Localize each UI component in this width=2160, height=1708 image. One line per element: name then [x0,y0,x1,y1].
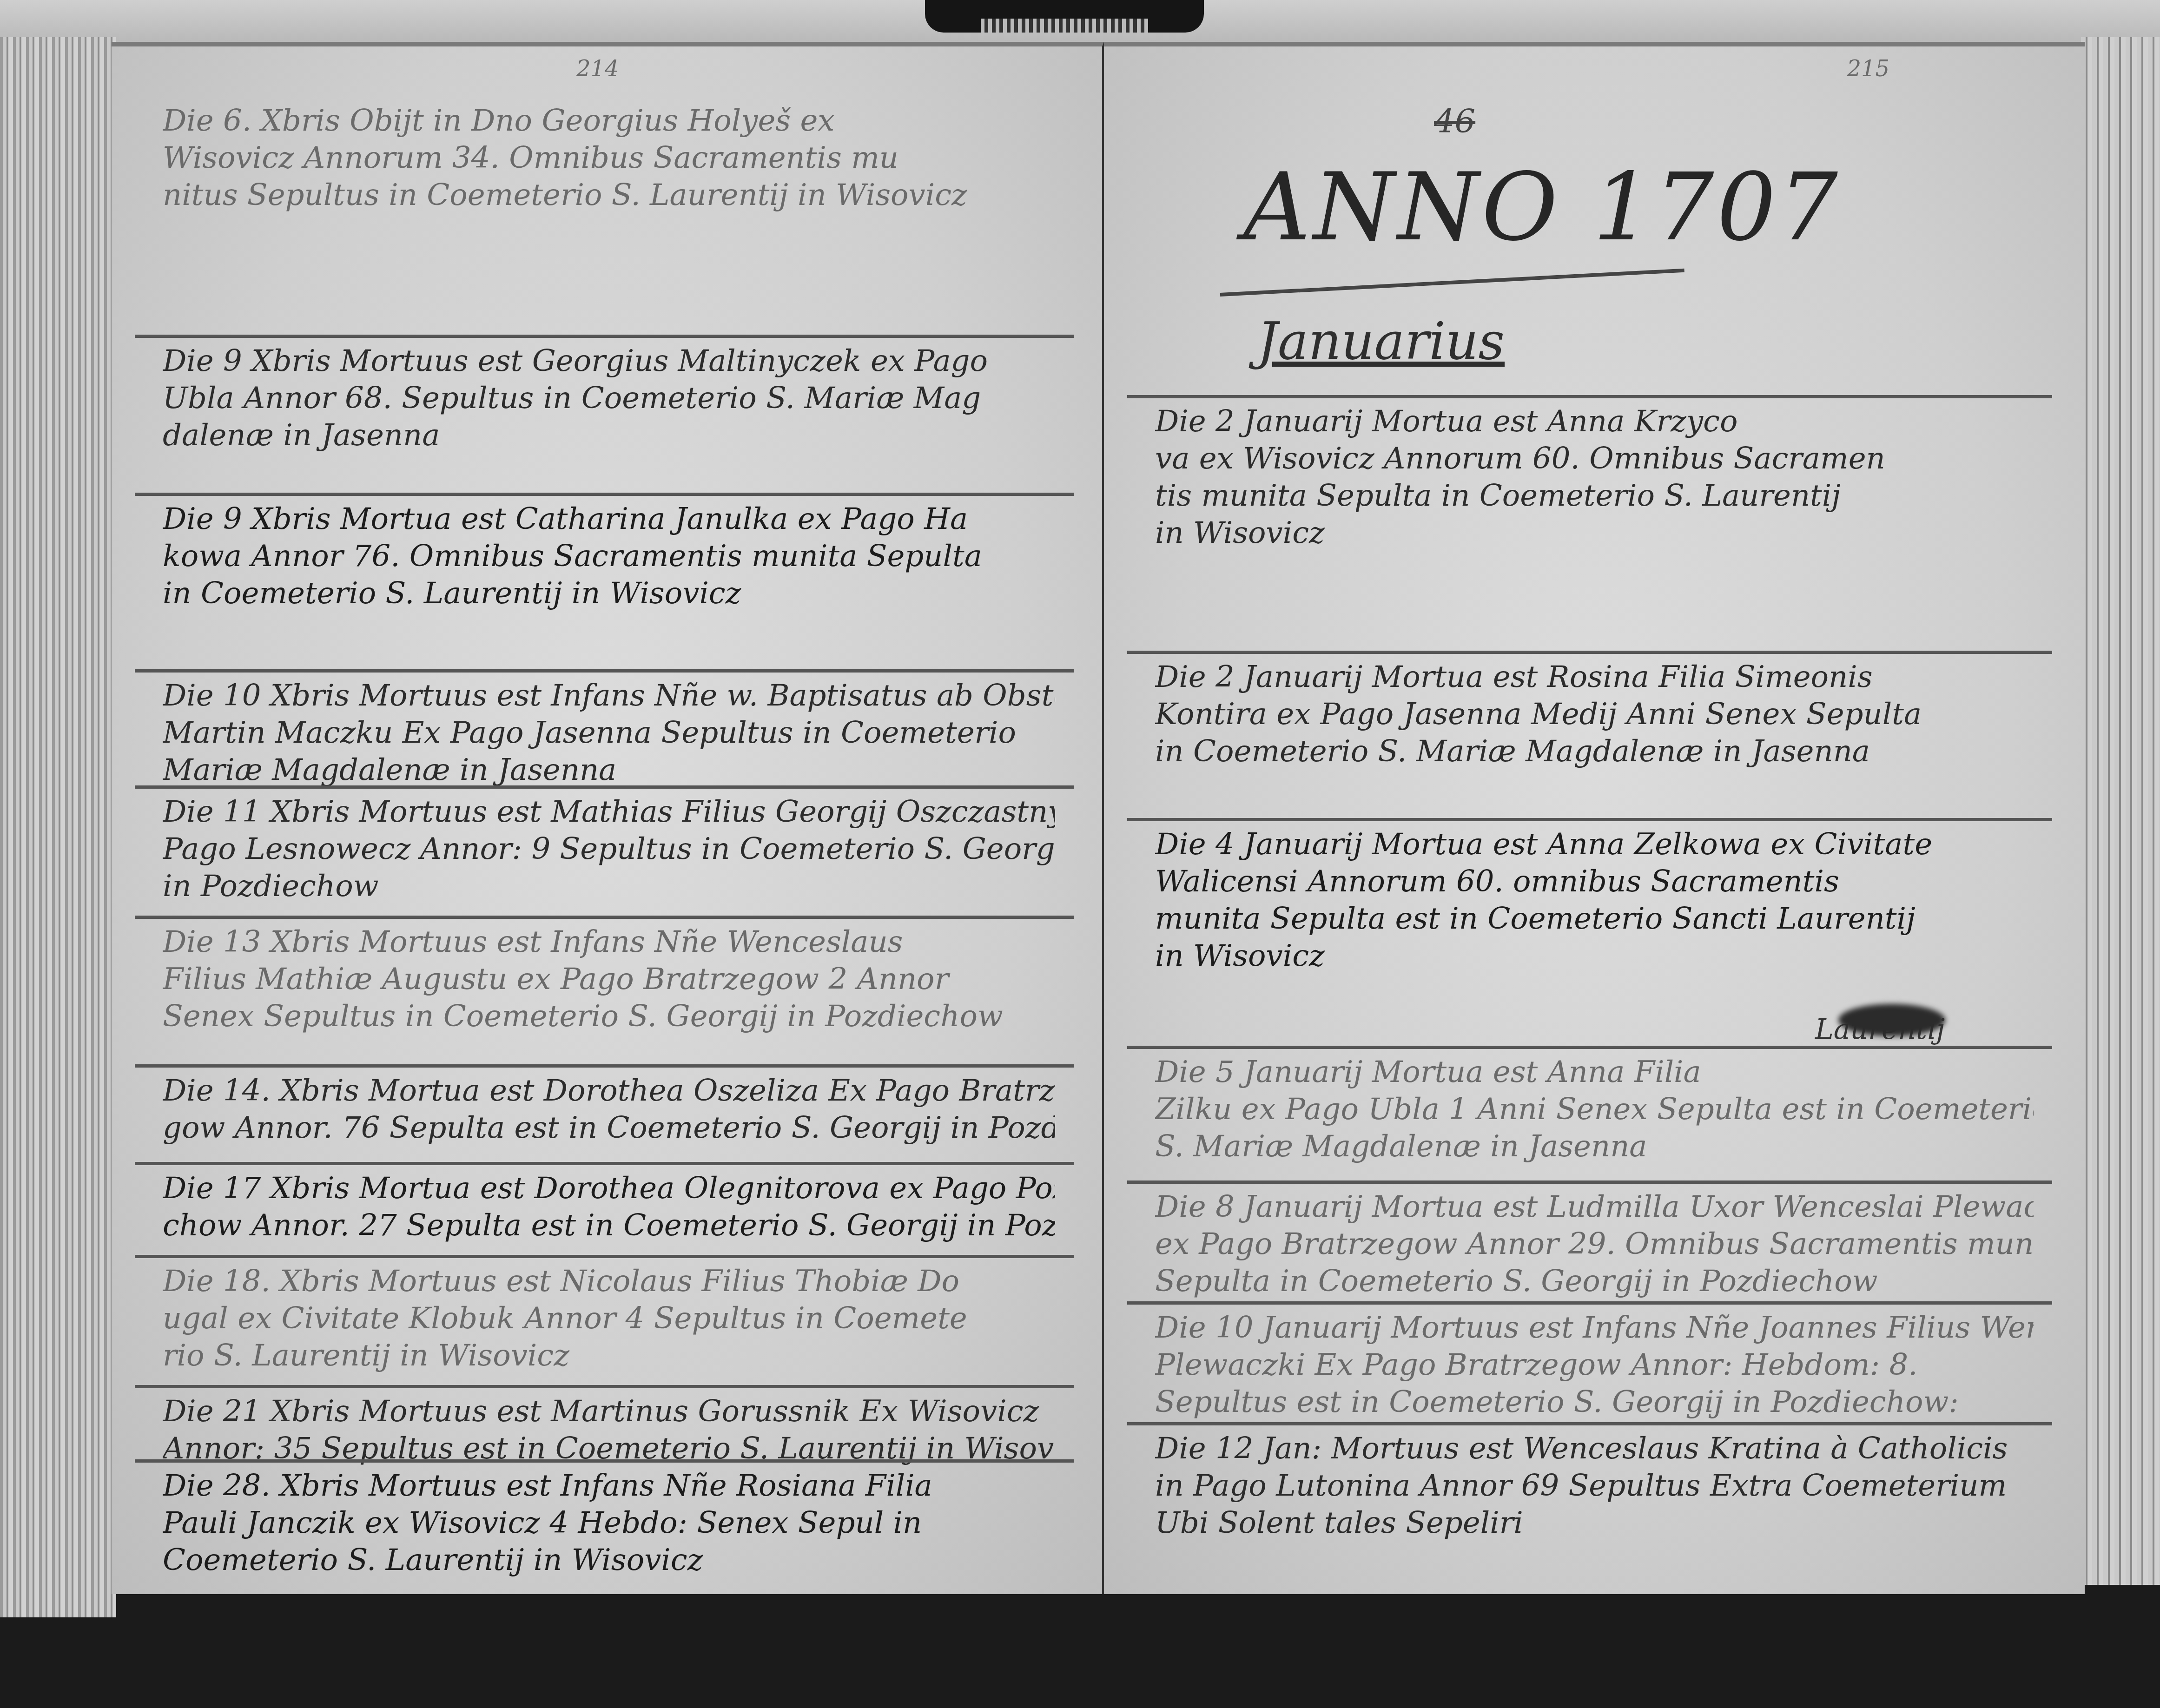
burial-entry: Die 12 Jan: Mortuus est Wenceslaus Krati… [1127,1422,2052,1546]
entry-line: Die 9 Xbris Mortua est Catharina Janulka… [163,501,1055,538]
folio-number: 214 [576,56,619,82]
burial-entry: Die 11 Xbris Mortuus est Mathias Filius … [135,785,1074,910]
entry-line: gow Annor. 76 Sepulta est in Coemeterio … [163,1109,1055,1147]
entry-line: ex Pago Bratrzegow Annor 29. Omnibus Sac… [1155,1226,2034,1263]
entry-line: chow Annor. 27 Sepulta est in Coemeterio… [163,1207,1055,1244]
entry-line: Die 28. Xbris Mortuus est Infans Nñe Ros… [163,1467,1055,1504]
entry-line: Die 8 Januarij Mortua est Ludmilla Uxor … [1155,1188,2034,1226]
burial-entry: Die 4 Januarij Mortua est Anna Zelkowa e… [1127,818,2052,979]
entry-line: ugal ex Civitate Klobuk Annor 4 Sepultus… [163,1300,1055,1337]
entry-line: Plewaczki Ex Pago Bratrzegow Annor: Hebd… [1155,1346,2034,1384]
burial-entry: Die 10 Januarij Mortuus est Infans Nñe J… [1127,1301,2052,1425]
burial-entry: Die 9 Xbris Mortua est Catharina Janulka… [135,493,1074,617]
entry-line: Die 6. Xbris Obijt in Dno Georgius Holye… [163,102,1055,139]
burial-entry: Die 21 Xbris Mortuus est Martinus Goruss… [135,1385,1074,1472]
entry-line: Pago Lesnowecz Annor: 9 Sepultus in Coem… [163,831,1055,868]
entry-line: Die 2 Januarij Mortua est Rosina Filia S… [1155,659,2034,696]
burial-entry: Die 13 Xbris Mortuus est Infans Nñe Wenc… [135,916,1074,1040]
entry-line: Martin Maczku Ex Pago Jasenna Sepultus i… [163,714,1055,752]
burial-entry: Die 17 Xbris Mortua est Dorothea Olegnit… [135,1162,1074,1249]
entry-line: dalenæ in Jasenna [163,417,1055,454]
burial-entry: Die 8 Januarij Mortua est Ludmilla Uxor … [1127,1180,2052,1305]
entry-line: tis munita Sepulta in Coemeterio S. Laur… [1155,477,2034,514]
struck-old-folio: 46 [1434,102,1475,140]
entry-line: Die 12 Jan: Mortuus est Wenceslaus Krati… [1155,1430,2034,1467]
entry-line: Die 10 Xbris Mortuus est Infans Nñe w. B… [163,677,1055,714]
burial-entry: Die 9 Xbris Mortuus est Georgius Maltiny… [135,335,1074,459]
entry-line: Mariæ Magdalenæ in Jasenna [163,752,1055,789]
right-page-stack-edge [2081,37,2160,1585]
folio-number: 215 [1847,56,1889,82]
entry-line: munita Sepulta est in Coemeterio Sancti … [1155,900,2034,937]
heading-underline [1220,269,1684,297]
entry-line: Ubi Solent tales Sepeliri [1155,1504,2034,1542]
entry-line: Sepulta in Coemeterio S. Georgij in Pozd… [1155,1263,2034,1300]
entry-line: Die 17 Xbris Mortua est Dorothea Olegnit… [163,1170,1055,1207]
entry-line: Filius Mathiæ Augustu ex Pago Bratrzegow… [163,961,1055,998]
year-heading: ANNO 1707 [1243,153,1841,262]
burial-entry: Die 28. Xbris Mortuus est Infans Nñe Ros… [135,1459,1074,1583]
entry-line: Pauli Janczik ex Wisovicz 4 Hebdo: Senex… [163,1504,1055,1542]
entry-line: S. Mariæ Magdalenæ in Jasenna [1155,1128,2034,1165]
burial-entry: Die 2 Januarij Mortua est Rosina Filia S… [1127,651,2052,775]
entry-line: in Pago Lutonina Annor 69 Sepultus Extra… [1155,1467,2034,1504]
entry-line: Die 9 Xbris Mortuus est Georgius Maltiny… [163,343,1055,380]
entry-line: Die 5 Januarij Mortua est Anna Filia [1155,1054,2034,1091]
entry-line: in Coemeterio S. Mariæ Magdalenæ in Jase… [1155,733,2034,770]
entry-line: in Wisovicz [1155,514,2034,552]
burial-entry: Die 2 Januarij Mortua est Anna Krzycova … [1127,395,2052,556]
entry-line: Senex Sepultus in Coemeterio S. Georgij … [163,998,1055,1035]
burial-entry: Die 14. Xbris Mortua est Dorothea Oszeli… [135,1064,1074,1151]
burial-entry: Die 6. Xbris Obijt in Dno Georgius Holye… [135,98,1074,218]
entry-line: Sepultus est in Coemeterio S. Georgij in… [1155,1384,2034,1421]
open-register-book: 214 Die 6. Xbris Obijt in Dno Georgius H… [0,28,2160,1617]
entry-line: Die 11 Xbris Mortuus est Mathias Filius … [163,793,1055,831]
right-page: 46 215 ANNO 1707 Januarius Die 2 Januari… [1104,42,2085,1594]
entry-line: Ubla Annor 68. Sepultus in Coemeterio S.… [163,380,1055,417]
entry-line: Coemeterio S. Laurentij in Wisovicz [163,1542,1055,1579]
entry-line: Zilku ex Pago Ubla 1 Anni Senex Sepulta … [1155,1091,2034,1128]
entry-line: Kontira ex Pago Jasenna Medij Anni Senex… [1155,696,2034,733]
entry-line: nitus Sepultus in Coemeterio S. Laurenti… [163,177,1055,214]
entry-line: Die 2 Januarij Mortua est Anna Krzyco [1155,403,2034,440]
entry-line: va ex Wisovicz Annorum 60. Omnibus Sacra… [1155,440,2034,477]
entry-line: in Wisovicz [1155,937,2034,975]
burial-entry: Die 10 Xbris Mortuus est Infans Nñe w. B… [135,669,1074,793]
entry-line: Die 13 Xbris Mortuus est Infans Nñe Wenc… [163,923,1055,961]
burial-entry: Die 5 Januarij Mortua est Anna FiliaZilk… [1127,1046,2052,1170]
entry-line: Die 10 Januarij Mortuus est Infans Nñe J… [1155,1309,2034,1346]
entry-line: in Coemeterio S. Laurentij in Wisovicz [163,575,1055,612]
burial-entry: Die 18. Xbris Mortuus est Nicolaus Filiu… [135,1255,1074,1379]
left-page: 214 Die 6. Xbris Obijt in Dno Georgius H… [112,42,1104,1594]
entry-line: rio S. Laurentij in Wisovicz [163,1337,1055,1374]
month-heading: Januarius [1257,311,1505,371]
left-page-stack-edge [0,37,116,1617]
entry-line: Wisovicz Annorum 34. Omnibus Sacramentis… [163,139,1055,177]
ink-blot [1838,1004,1945,1036]
entry-line: in Pozdiechow [163,868,1055,905]
entry-line: Die 21 Xbris Mortuus est Martinus Goruss… [163,1393,1055,1430]
entry-line: Die 4 Januarij Mortua est Anna Zelkowa e… [1155,826,2034,863]
entry-line: Die 14. Xbris Mortua est Dorothea Oszeli… [163,1072,1055,1109]
entry-line: Die 18. Xbris Mortuus est Nicolaus Filiu… [163,1263,1055,1300]
entry-line: Walicensi Annorum 60. omnibus Sacramenti… [1155,863,2034,900]
entry-line: kowa Annor 76. Omnibus Sacramentis munit… [163,538,1055,575]
